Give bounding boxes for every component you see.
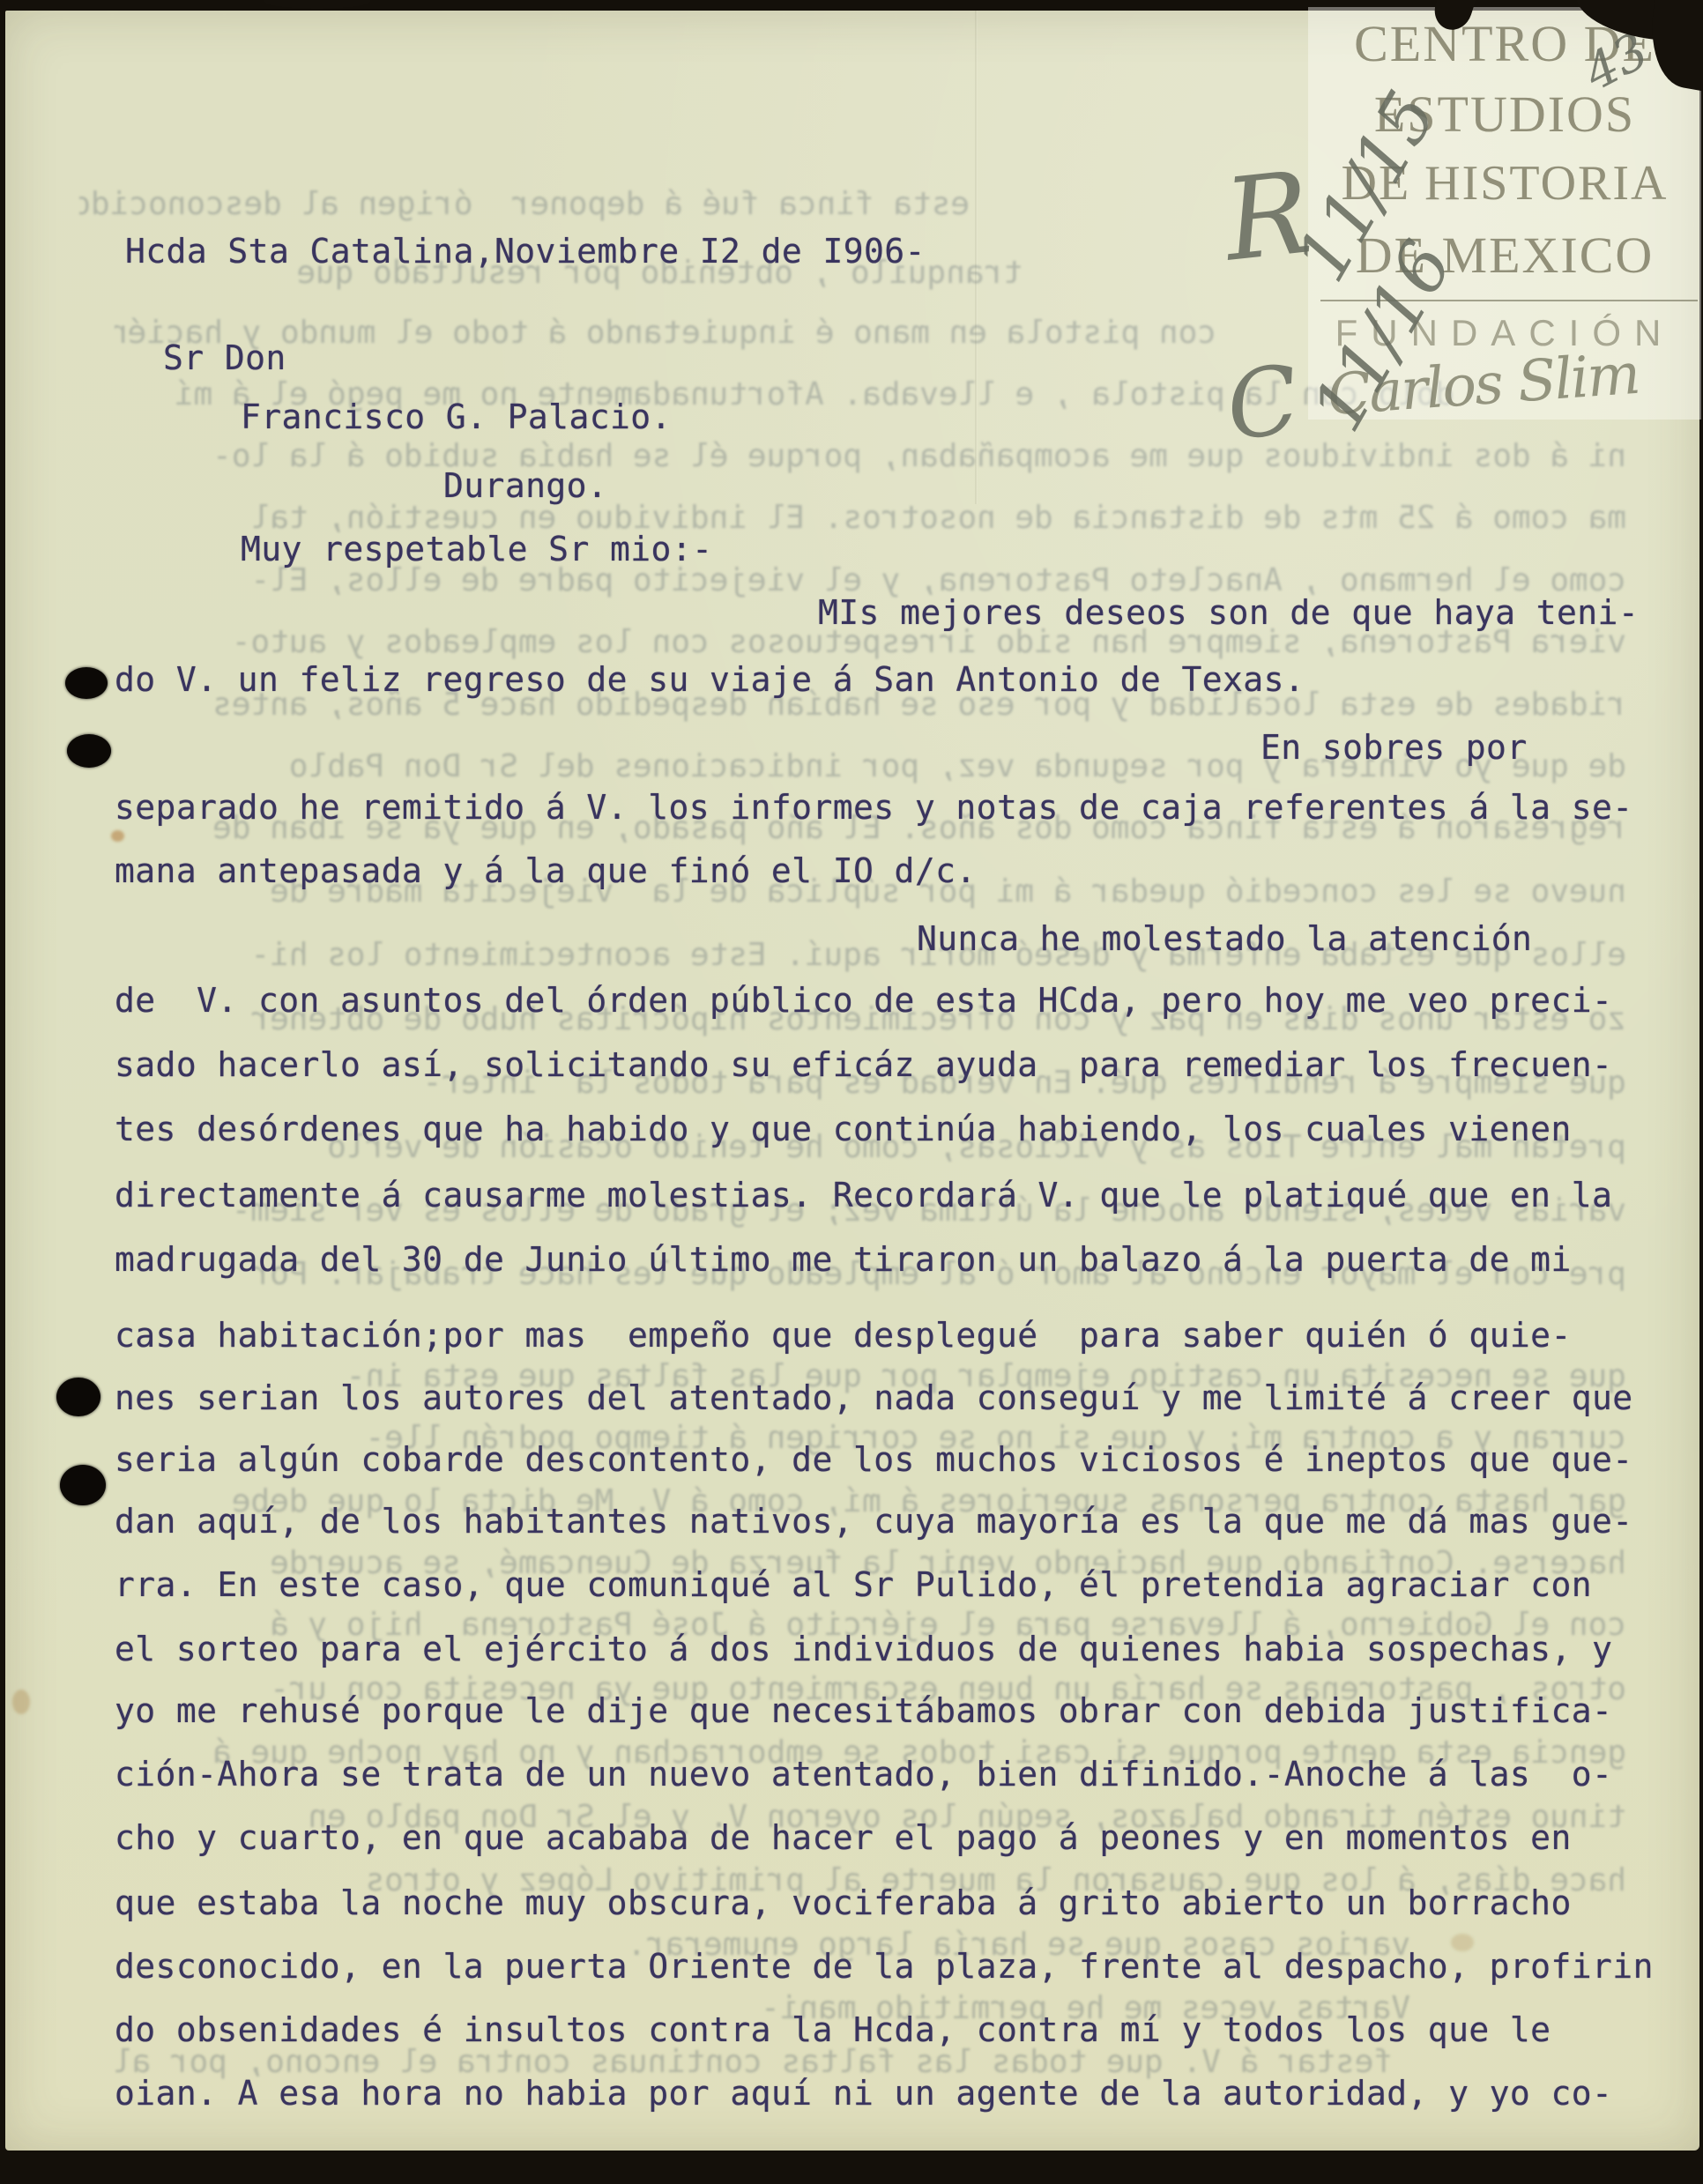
letter-line: oian. A esa hora no habia por aquí ni un…: [115, 2073, 1612, 2113]
letter-line: MIs mejores deseos son de que haya teni-: [818, 592, 1639, 633]
letter-line: seria algún cobarde descontento, de los …: [115, 1439, 1633, 1480]
letter-line: cho y cuarto, en que acababa de hacer el…: [115, 1817, 1572, 1858]
letter-line: do V. un feliz regreso de su viaje á San…: [115, 659, 1305, 700]
letter-line: Sr Don: [163, 338, 286, 378]
letter-line: separado he remitido á V. los informes y…: [115, 787, 1633, 828]
letter-line: Muy respetable Sr mio:-: [241, 529, 712, 569]
letter-line: mana antepasada y á la que finó el IO d/…: [115, 851, 977, 891]
letter-line: casa habitación;por mas empeño que despl…: [115, 1315, 1572, 1356]
letter-line: ción-Ahora se trata de un nuevo atentado…: [115, 1754, 1612, 1794]
letter-line: directamente á causarme molestias. Recor…: [115, 1175, 1612, 1215]
letter-line: desconocido, en la puerta Oriente de la …: [115, 1946, 1654, 1987]
letter-line: nes serian los autores del atentado, nad…: [115, 1378, 1633, 1418]
pencil-c-mark: C: [1220, 345, 1305, 462]
letter-line: En sobres por: [1261, 727, 1528, 768]
letter-line: que estaba la noche muy obscura, vocifer…: [115, 1883, 1572, 1923]
letter-line: rra. En este caso, que comuniqué al Sr P…: [115, 1564, 1592, 1605]
letter-line: Hcda Sta Catalina,Noviembre I2 de I906-: [125, 231, 926, 271]
letter-line: Durango.: [443, 465, 607, 506]
letter-line: Francisco G. Palacio.: [241, 397, 672, 437]
letter-line: do obsenidades é insultos contra la Hcda…: [115, 2009, 1551, 2050]
letter-line: madrugada del 30 de Junio último me tira…: [115, 1239, 1572, 1280]
letter-line: Nunca he molestado la atención: [917, 918, 1532, 959]
letter-line: sado hacerlo así, solicitando su eficáz …: [115, 1044, 1612, 1085]
letter-line: el sorteo para el ejército á dos individ…: [115, 1629, 1612, 1669]
letter-line: yo me rehusé porque le dije que necesitá…: [115, 1690, 1612, 1731]
letter-line: de V. con asuntos del órden público de e…: [115, 980, 1612, 1021]
scanned-letter-page: { "page": { "background_color": "#14100a…: [0, 0, 1703, 2184]
letter-line: dan aquí, de los habitantes nativos, cuy…: [115, 1501, 1633, 1541]
letter-line: tes desórdenes que ha habido y que conti…: [115, 1109, 1572, 1149]
